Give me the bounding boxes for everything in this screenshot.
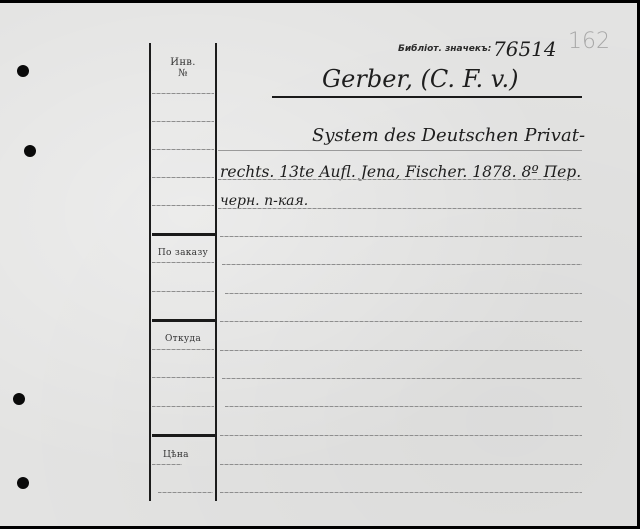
punch-hole-3 [13,393,25,405]
from-where-label: Откуда [151,334,215,344]
call-number-value: 76514 [493,37,557,61]
left-column-border-left [149,43,151,501]
inventory-label: Инв. № [151,57,215,79]
left-rule [152,349,214,350]
left-rule [152,93,214,94]
punch-hole-1 [17,65,29,77]
entry-rule [225,406,582,407]
punch-hole-2 [24,145,36,157]
left-rule [152,149,214,150]
entry-rule [220,492,582,493]
price-label: Цѣна [163,450,189,460]
call-number-label: Библіот. значекъ: [398,44,491,54]
entry-rule [220,464,582,465]
left-rule [152,121,214,122]
entry-rule [220,435,582,436]
left-rule [152,177,214,178]
entry-rule [220,236,582,237]
entry-rule [222,378,582,379]
section-divider-price [152,434,215,437]
left-rule [152,205,214,206]
entry-rule [225,293,582,294]
catalog-card: Библіот. значекъ: 76514 162 Инв. № По за… [0,3,637,526]
author-underline [272,96,582,98]
entry-rule [220,321,582,322]
entry-rule [218,208,582,209]
left-rule [152,262,214,263]
left-rule [152,406,214,407]
entry-rule [220,350,582,351]
left-rule [152,291,214,292]
title-line-3: черн. п-кая. [220,193,308,209]
entry-rule [222,264,582,265]
section-divider-from-where [152,319,215,322]
left-rule [158,492,213,493]
punch-hole-4 [17,477,29,489]
section-divider-by-order [152,233,215,236]
left-rule [152,377,214,378]
left-column-border-right [215,43,217,501]
left-rule [152,464,182,465]
title-line-1: System des Deutschen Privat- [312,125,585,146]
entry-rule [218,150,582,151]
by-order-label: По заказу [151,248,215,258]
author-name: Gerber, (C. F. v.) [322,65,519,93]
pencil-mark: 162 [568,29,610,54]
entry-rule [218,179,582,180]
